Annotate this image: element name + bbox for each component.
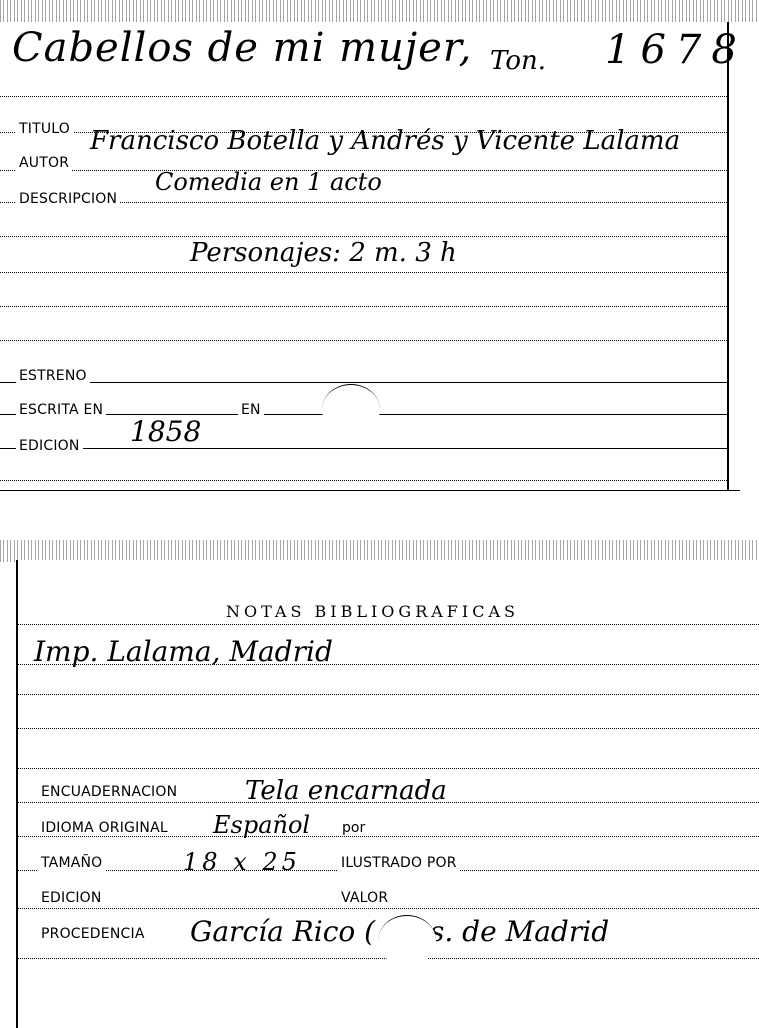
ruled-line [18, 624, 759, 625]
ruled-line [0, 306, 727, 307]
escrita-en-label: ESCRITA EN [16, 402, 106, 418]
idioma-por-label: por [342, 820, 365, 836]
titulo-label: TITULO [16, 121, 73, 137]
valor-label: VALOR [338, 890, 391, 906]
scan-blot [378, 915, 436, 966]
personajes-value: Personajes: 2 m. 3 h [190, 240, 457, 266]
ruled-line [0, 272, 727, 273]
ruled-line [18, 836, 759, 837]
catalog-number: 1678 [605, 30, 747, 70]
edicion-value: 1858 [130, 418, 201, 446]
estreno-label: ESTRENO [16, 368, 90, 384]
encuadernacion-label: ENCUADERNACION [38, 784, 180, 800]
autor-value: Francisco Botella y Andrés y Vicente Lal… [90, 128, 680, 154]
en-label: EN [238, 402, 264, 418]
ruled-line [18, 694, 759, 695]
edicion-label: EDICION [16, 438, 83, 454]
handwritten-ton: Ton. [490, 48, 546, 74]
notas-bibliograficas-heading: NOTAS BIBLIOGRAFICAS [226, 602, 519, 621]
ruled-line [0, 480, 727, 481]
idioma-original-value: Español [213, 813, 310, 837]
edicion-bottom-label: EDICION [38, 890, 105, 906]
notes-value: Imp. Lalama, Madrid [34, 638, 333, 666]
scan-noise-top [0, 0, 759, 22]
ruled-line [0, 340, 727, 341]
ruled-line [0, 382, 727, 383]
scan-noise-bottom [0, 540, 759, 562]
encuadernacion-value: Tela encarnada [245, 778, 447, 804]
ilustrado-por-label: ILUSTRADO POR [338, 855, 460, 871]
procedencia-value: García Rico ( [190, 918, 375, 946]
ruled-line [18, 908, 759, 909]
ruled-line [0, 236, 727, 237]
scan-blot [322, 384, 380, 435]
ruled-line [0, 96, 727, 97]
idioma-original-label: IDIOMA ORIGINAL [38, 820, 171, 836]
descripcion-label: DESCRIPCION [16, 191, 120, 207]
card-separator [0, 490, 740, 491]
procedencia-value-cont: s. de Madrid [430, 918, 609, 946]
tamano-label: TAMAÑO [38, 855, 105, 871]
procedencia-label: PROCEDENCIA [38, 926, 148, 942]
tamano-value: 18 x 25 [183, 850, 301, 874]
ruled-line [18, 768, 759, 769]
ruled-line [0, 448, 727, 449]
descripcion-value: Comedia en 1 acto [155, 170, 382, 194]
ruled-line [18, 728, 759, 729]
handwritten-title: Cabellos de mi mujer, [12, 28, 472, 68]
autor-label: AUTOR [16, 155, 72, 171]
